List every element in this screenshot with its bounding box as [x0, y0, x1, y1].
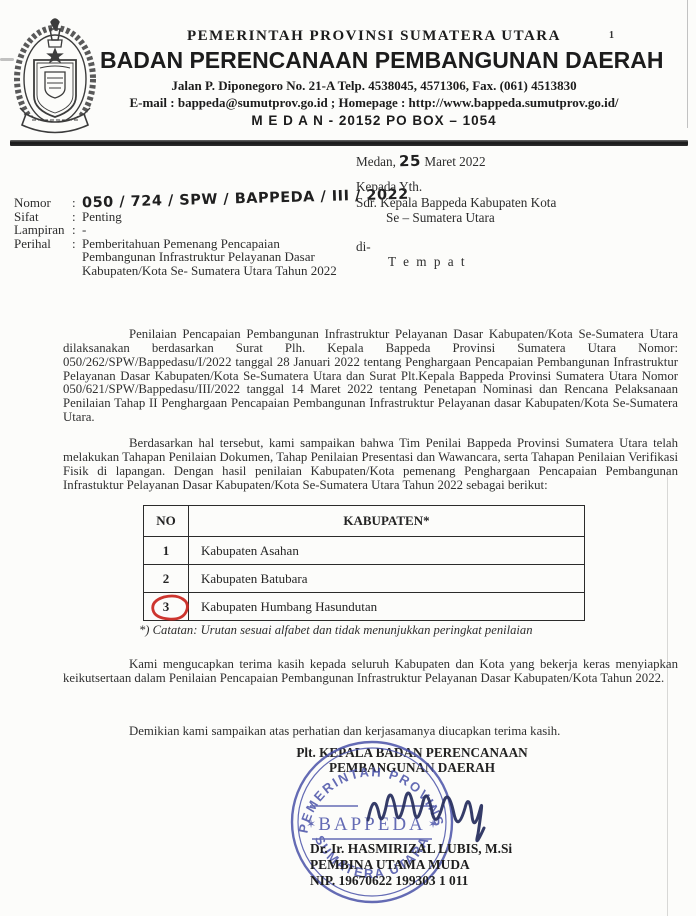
signature-scribble — [366, 776, 486, 848]
stamp-star-left: ✶ — [306, 817, 316, 831]
meta-row-nomor: Nomor : 050 / 724 / SPW / BAPPEDA / III … — [14, 196, 350, 210]
red-circle-annotation — [149, 592, 193, 624]
colon: : — [72, 223, 82, 237]
date-place: Medan, — [356, 154, 396, 169]
city-pobox-line: M E D A N - 20152 PO BOX – 1054 — [100, 113, 648, 128]
recipient-tempat: T e m p a t — [388, 254, 556, 270]
table-row: 3 Kabupaten Humbang Hasundutan — [144, 593, 585, 621]
table-row: 2 Kabupaten Batubara — [144, 565, 585, 593]
date-month-year: Maret 2022 — [424, 154, 485, 169]
address-line: Jalan P. Diponegoro No. 21-A Telp. 45380… — [100, 78, 648, 94]
recipient-di: di- — [356, 239, 556, 255]
contact-line: E-mail : bappeda@sumutprov.go.id ; Homep… — [100, 95, 648, 111]
header-no: NO — [144, 506, 189, 537]
letterhead: PEMERINTAH PROVINSI SUMATERA UTARA BADAN… — [100, 28, 648, 128]
row-kabupaten: Kabupaten Batubara — [189, 565, 585, 593]
sifat-label: Sifat — [14, 210, 72, 224]
perihal-label: Perihal — [14, 237, 72, 251]
scanned-letter-page: 1 PEMERINTAH PROVINSI SUMATERA UTARA — [0, 0, 696, 916]
signatory-name: Dr. Ir. HASMIRIZAL LUBIS, M.Si — [310, 841, 512, 857]
signatory-nip: NIP. 19670622 199303 1 011 — [310, 873, 512, 889]
meta-row-sifat: Sifat : Penting — [14, 210, 350, 224]
date-line: Medan, 25 Maret 2022 — [356, 152, 486, 170]
colon: : — [72, 237, 82, 251]
row-kabupaten: Kabupaten Asahan — [189, 537, 585, 565]
kepada-yth: Kepada Yth. — [356, 179, 556, 195]
header-kabupaten: KABUPATEN* — [189, 506, 585, 537]
body-paragraph-1: Penilaian Pencapaian Pembangunan Infrast… — [63, 328, 678, 425]
recipient-line1: Sdr. Kepala Bappeda Kabupaten Kota — [356, 195, 556, 211]
signatory-identity: Dr. Ir. HASMIRIZAL LUBIS, M.Si PEMBINA U… — [310, 841, 512, 888]
colon: : — [72, 196, 82, 210]
agency-name: BADAN PERENCANAAN PEMBANGUNAN DAERAH — [100, 47, 648, 74]
letter-meta: Nomor : 050 / 724 / SPW / BAPPEDA / III … — [14, 196, 350, 277]
lampiran-label: Lampiran — [14, 223, 72, 237]
signatory-rank: PEMBINA UTAMA MUDA — [310, 857, 512, 873]
scan-edge-line — [667, 470, 668, 916]
recipient-line2: Se – Sumatera Utara — [386, 210, 556, 226]
row-number-circled: 3 — [144, 593, 189, 621]
recipient-block: Kepada Yth. Sdr. Kepala Bappeda Kabupate… — [356, 179, 556, 270]
colon: : — [72, 210, 82, 224]
row-kabupaten: Kabupaten Humbang Hasundutan — [189, 593, 585, 621]
body-paragraph-2: Berdasarkan hal tersebut, kami sampaikan… — [63, 437, 678, 493]
perihal-value: Pemberitahuan Pemenang Pencapaian Pemban… — [82, 237, 350, 278]
table-footnote: *) Catatan: Urutan sesuai alfabet dan ti… — [139, 623, 585, 638]
lampiran-value: - — [82, 223, 350, 237]
meta-row-lampiran: Lampiran : - — [14, 223, 350, 237]
row-number: 3 — [163, 599, 170, 614]
nomor-label: Nomor — [14, 196, 72, 210]
sifat-value: Penting — [82, 210, 350, 224]
letterhead-divider — [10, 140, 688, 146]
table-header-row: NO KABUPATEN* — [144, 506, 585, 537]
scan-edge-line — [687, 0, 688, 128]
body-paragraph-3: Kami mengucapkan terima kasih kepada sel… — [63, 658, 678, 686]
row-number: 2 — [144, 565, 189, 593]
results-table: NO KABUPATEN* 1 Kabupaten Asahan 2 Kabup… — [143, 505, 585, 621]
sumatera-utara-coat-of-arms-logo — [12, 16, 98, 138]
body-paragraph-4: Demikian kami sampaikan atas perhatian d… — [63, 725, 678, 739]
government-name: PEMERINTAH PROVINSI SUMATERA UTARA — [100, 28, 648, 45]
results-table-section: NO KABUPATEN* 1 Kabupaten Asahan 2 Kabup… — [143, 505, 585, 638]
table-row: 1 Kabupaten Asahan — [144, 537, 585, 565]
row-number: 1 — [144, 537, 189, 565]
date-day-handwritten: 25 — [399, 152, 421, 171]
meta-row-perihal: Perihal : Pemberitahuan Pemenang Pencapa… — [14, 237, 350, 278]
